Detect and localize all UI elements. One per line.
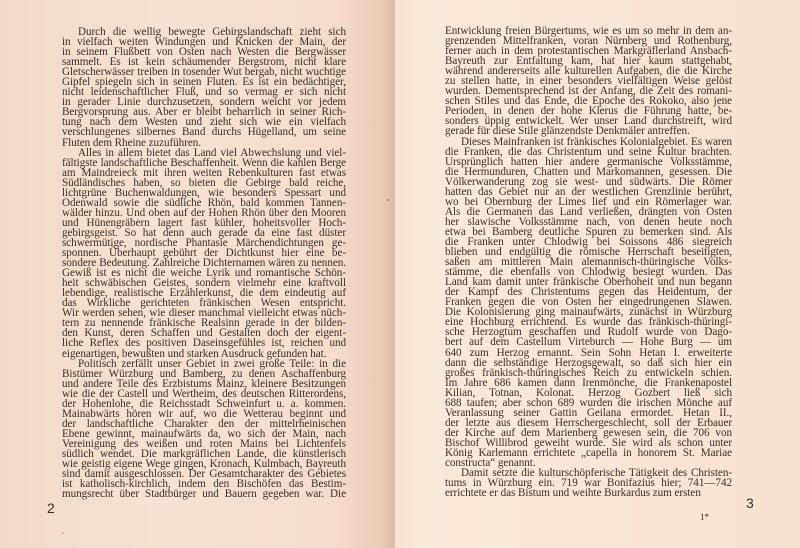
right-page-body: Entwicklung freien Bürgertums, wie es um… [445,26,732,498]
left-page: Durch die wellig bewegte Gebirgslandscha… [0,0,395,548]
text-line: errichtete er das Bistum und weihte Burk… [445,488,732,498]
left-page-body: Durch die wellig bewegte Gebirgslandscha… [62,27,346,499]
left-page-number: 2 [47,500,55,516]
paper-speck [62,532,64,534]
right-page: Entwicklung freien Bürgertums, wie es um… [395,0,800,548]
text-line: mungsrecht über Stadtbürger und Bauern g… [62,489,346,499]
signature-mark: 1* [700,512,709,522]
text-line: bert auf dem Castellum Virteburch — Hohe… [445,337,732,347]
book-spread: Durch die wellig bewegte Gebirgslandscha… [0,0,800,548]
text-line: liche Reflex des positiven Daseinsgefühl… [62,338,346,348]
text-line: gerade für diese Stile glänzendste Denkm… [445,126,732,136]
right-page-number: 3 [746,495,754,511]
paper-speck [387,199,389,201]
text-line: verschlungenes silbernes Band durchs Hüg… [62,127,346,137]
